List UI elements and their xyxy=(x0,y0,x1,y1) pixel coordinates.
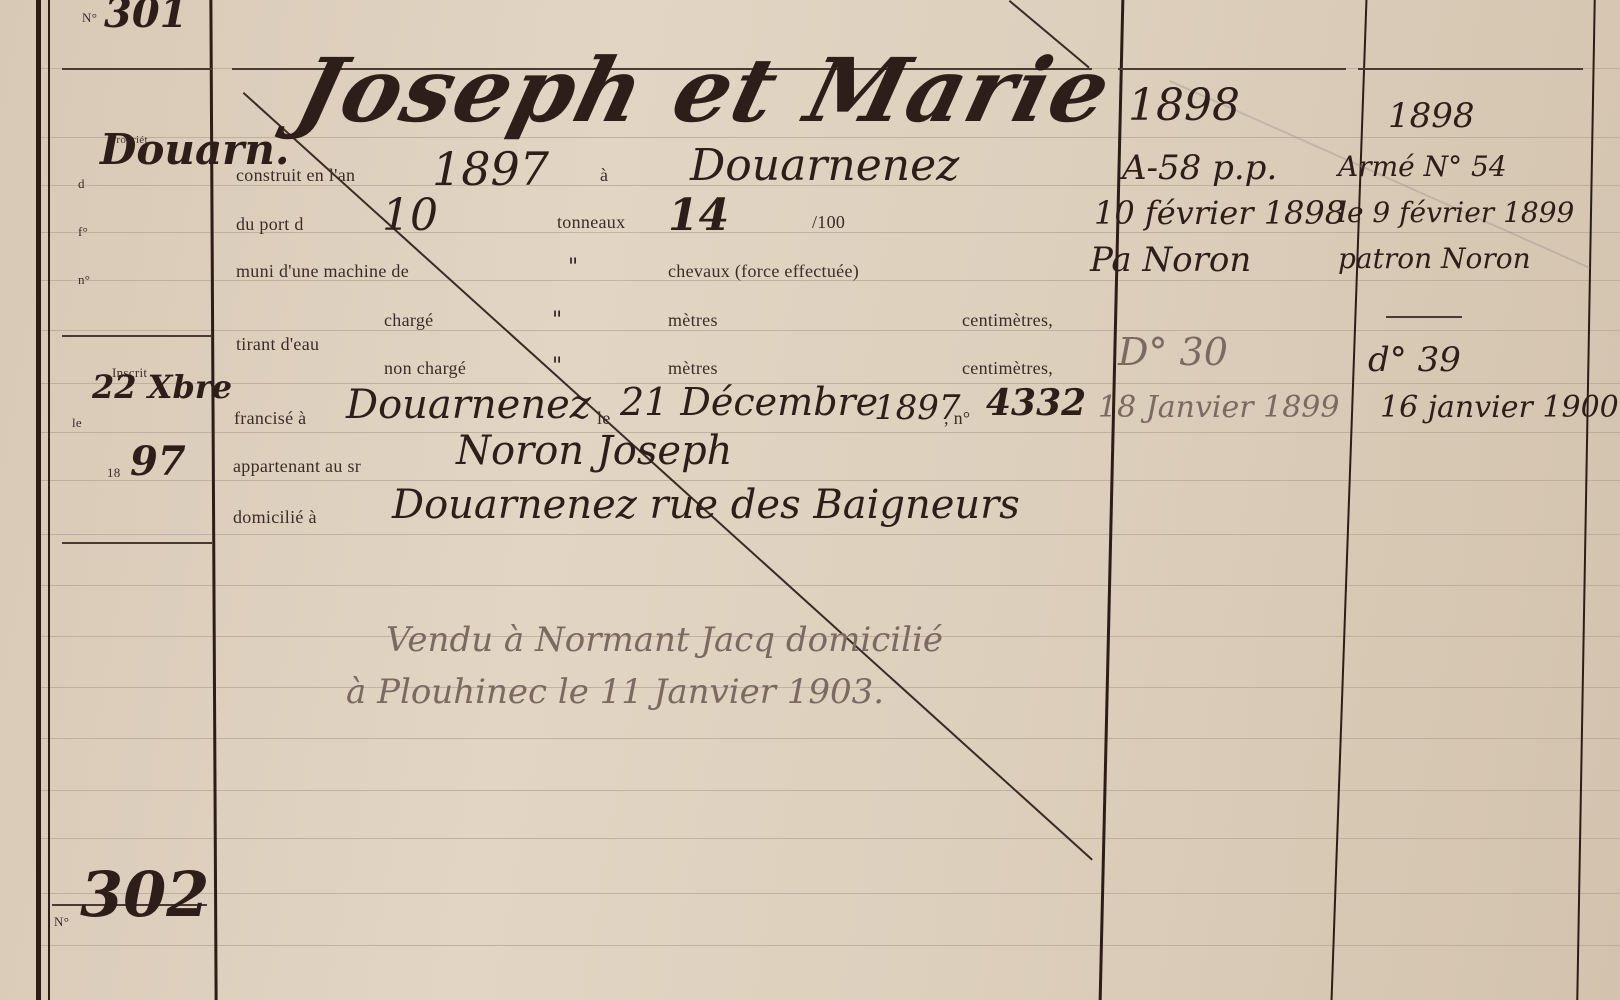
section-line xyxy=(1358,68,1583,70)
tonnage-label: du port d xyxy=(236,214,304,235)
ruled-line xyxy=(40,738,1620,739)
d-label: d xyxy=(78,176,85,192)
le-label: le xyxy=(72,415,82,431)
ruled-line xyxy=(40,790,1620,791)
next-entry-number: 302 xyxy=(80,858,209,931)
col3-year: 1898 xyxy=(1128,80,1240,131)
col3-line4: D° 30 xyxy=(1118,330,1228,374)
owner-name: Noron Joseph xyxy=(456,428,732,474)
col4-line5: 16 janvier 1900 xyxy=(1380,390,1619,425)
engine-value: " xyxy=(568,255,578,280)
n-label: n° xyxy=(78,272,90,288)
ruled-line xyxy=(40,330,1620,331)
ruled-line xyxy=(40,432,1620,433)
registered-date: 21 Décembre xyxy=(620,380,878,424)
loaded-metres: mètres xyxy=(668,310,718,331)
horsepower-label: chevaux (force effectuée) xyxy=(668,261,859,282)
column-border xyxy=(48,0,50,1000)
folio-label: f° xyxy=(78,224,88,240)
owner-name-label: appartenant au sr xyxy=(233,456,361,477)
loaded-value: " xyxy=(552,308,562,333)
column-border xyxy=(1099,0,1125,1000)
owner-address-label: domicilié à xyxy=(233,507,317,528)
tonneaux-label: tonneaux xyxy=(557,212,625,233)
unloaded-metres: mètres xyxy=(668,358,718,379)
draught-label: tirant d'eau xyxy=(236,334,319,355)
col3-line5: 18 Janvier 1899 xyxy=(1098,390,1339,425)
ruled-line xyxy=(40,534,1620,535)
entry-number: 301 xyxy=(104,0,188,37)
engine-label: muni d'une machine de xyxy=(236,261,409,282)
ruled-line xyxy=(40,893,1620,894)
registered-at: Douarnenez xyxy=(346,382,591,428)
number-label: N° xyxy=(54,914,69,930)
built-place: Douarnenez xyxy=(690,140,959,191)
section-line xyxy=(62,68,212,70)
col4-line4: d° 39 xyxy=(1368,340,1461,380)
ruled-line xyxy=(40,838,1620,839)
inscrit-year: 97 xyxy=(130,438,186,485)
number-label: N° xyxy=(82,10,97,26)
year-prefix: 18 xyxy=(107,465,121,481)
sale-note-line2: à Plouhinec le 11 Janvier 1903. xyxy=(346,672,884,712)
registered-date-label: le xyxy=(597,408,611,429)
loaded-label: chargé xyxy=(384,310,433,331)
col4-year: 1898 xyxy=(1388,96,1475,136)
tonnage-fraction: 14 xyxy=(668,190,729,241)
ditto-line xyxy=(1386,316,1462,318)
built-year: 1897 xyxy=(432,142,549,196)
ruled-line xyxy=(40,945,1620,946)
section-line xyxy=(1118,68,1346,70)
column-border xyxy=(36,0,41,1000)
built-place-label: à xyxy=(600,165,608,186)
col4-line3: patron Noron xyxy=(1338,242,1531,275)
col3-line1: A-58 p.p. xyxy=(1122,148,1277,188)
registration-no-label: , n° xyxy=(944,408,970,429)
registration-number: 4332 xyxy=(986,382,1086,424)
tonnage: 10 xyxy=(382,190,438,241)
built-year-label: construit en l'an xyxy=(236,165,355,186)
col4-line1: Armé N° 54 xyxy=(1338,150,1507,183)
ruled-line xyxy=(40,585,1620,586)
column-border xyxy=(1576,0,1595,1000)
col3-line2: 10 février 1898 xyxy=(1094,194,1345,232)
unloaded-value: " xyxy=(552,354,562,379)
sale-note-line1: Vendu à Normant Jacq domicilié xyxy=(386,620,943,660)
ruled-line xyxy=(40,480,1620,481)
hundredths-label: /100 xyxy=(812,212,845,233)
section-line xyxy=(62,335,212,337)
ship-name: Joseph et Marie xyxy=(287,38,1122,142)
inscrit-day: 22 Xbre xyxy=(92,368,232,406)
ledger-page: N° 301 Propriét. Douarn. d f° n° Inscrit… xyxy=(0,0,1620,1000)
unloaded-label: non chargé xyxy=(384,358,466,379)
loaded-centimetres: centimètres, xyxy=(962,310,1053,331)
owner-address: Douarnenez rue des Baigneurs xyxy=(392,482,1020,528)
col3-line3: Pa Noron xyxy=(1090,240,1251,280)
registered-at-label: francisé à xyxy=(234,408,306,429)
col4-line2: le 9 février 1899 xyxy=(1338,196,1574,229)
unloaded-centimetres: centimètres, xyxy=(962,358,1053,379)
section-line xyxy=(62,542,212,544)
